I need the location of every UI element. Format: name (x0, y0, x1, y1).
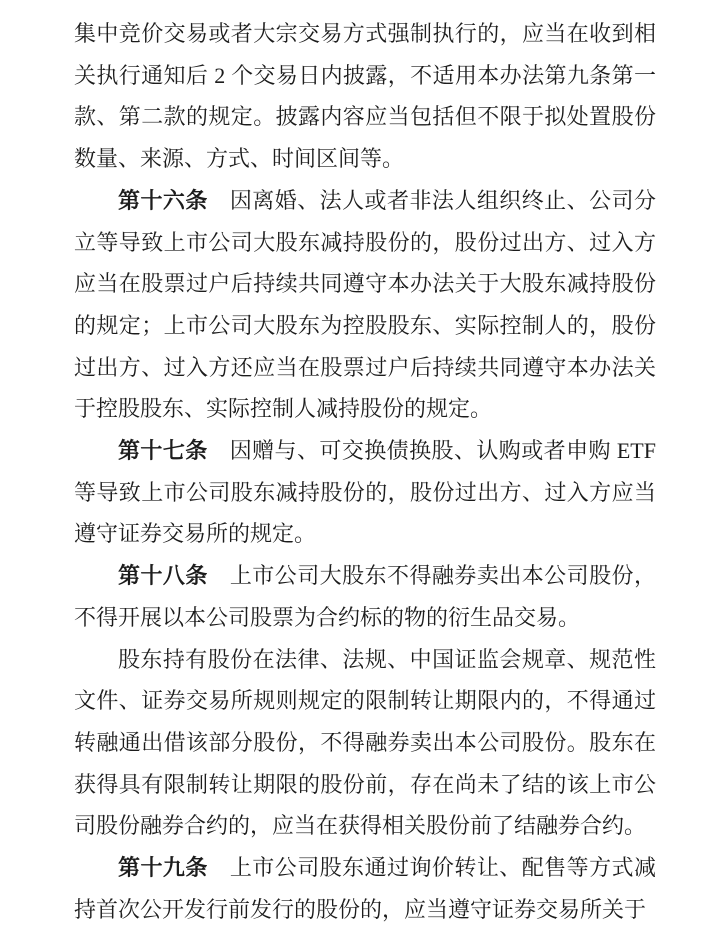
article-number: 第十九条 (118, 855, 208, 880)
article-number: 第十八条 (118, 563, 208, 588)
paragraph-text: 集中竞价交易或者大宗交易方式强制执行的，应当在收到相关执行通知后 2 个交易日内… (74, 21, 656, 171)
paragraph-text: 因离婚、法人或者非法人组织终止、公司分立等导致上市公司大股东减持股份的，股份过出… (74, 188, 656, 422)
paragraph-article-18-clause-2: 股东持有股份在法律、法规、中国证监会规章、规范性文件、证券交易所规则规定的限制转… (74, 639, 656, 848)
paragraph-text: 股东持有股份在法律、法规、中国证监会规章、规范性文件、证券交易所规则规定的限制转… (74, 647, 656, 839)
paragraph-article-18: 第十八条上市公司大股东不得融券卖出本公司股份，不得开展以本公司股票为合约标的物的… (74, 555, 656, 638)
paragraph-article-19: 第十九条上市公司股东通过询价转让、配售等方式减持首次公开发行前发行的股份的，应当… (74, 847, 656, 930)
paragraph-article-17: 第十七条因赠与、可交换债换股、认购或者申购 ETF 等导致上市公司股东减持股份的… (74, 430, 656, 555)
article-number: 第十六条 (118, 188, 208, 213)
paragraph-article-16: 第十六条因离婚、法人或者非法人组织终止、公司分立等导致上市公司大股东减持股份的，… (74, 180, 656, 430)
paragraph-continuation: 集中竞价交易或者大宗交易方式强制执行的，应当在收到相关执行通知后 2 个交易日内… (74, 13, 656, 180)
article-number: 第十七条 (118, 438, 208, 463)
document-page: 集中竞价交易或者大宗交易方式强制执行的，应当在收到相关执行通知后 2 个交易日内… (0, 0, 718, 939)
